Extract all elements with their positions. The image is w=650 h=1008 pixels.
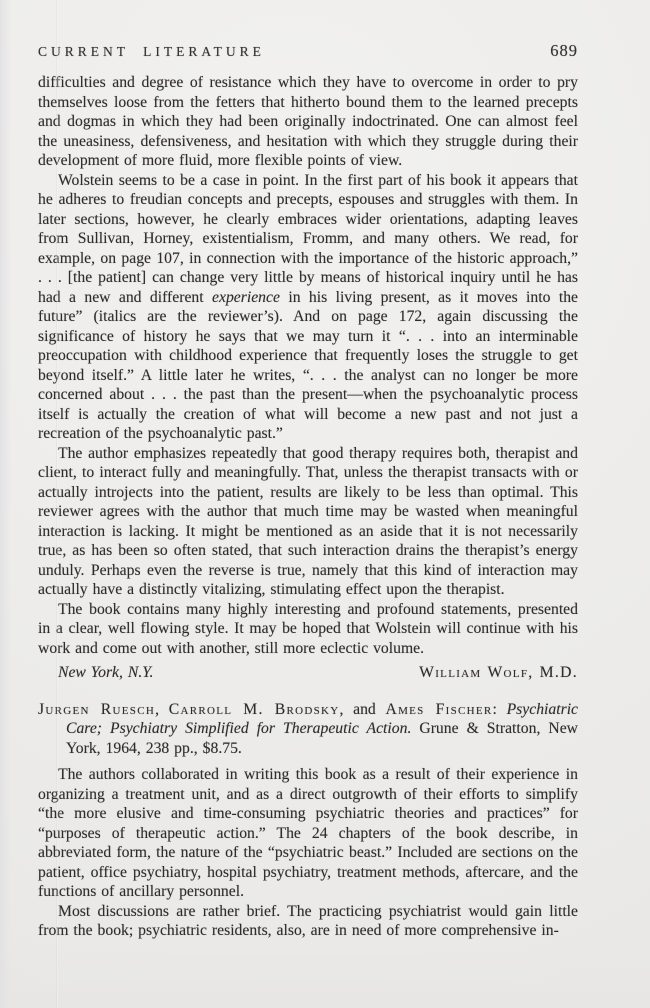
running-head: CURRENT LITERATURE 689 [38, 41, 578, 61]
page-number: 689 [550, 41, 578, 61]
citation-separator: , and [340, 701, 386, 718]
running-title: CURRENT LITERATURE [38, 44, 265, 60]
citation-separator: , [155, 701, 169, 718]
paragraph-continuation: difficulties and degree of resistance wh… [38, 73, 578, 171]
paragraph-author-emphasis: The author emphasizes repeatedly that go… [38, 444, 578, 600]
italic-word-experience: experience [212, 289, 280, 306]
review-signature: New York, N.Y. William Wolf, M.D. [38, 663, 578, 683]
paragraph-authors-collaborated: The authors collaborated in writing this… [38, 765, 578, 902]
paragraph-wolstein-case: Wolstein seems to be a case in point. In… [38, 171, 578, 444]
journal-page: CURRENT LITERATURE 689 difficulties and … [0, 0, 650, 1008]
page-body: difficulties and degree of resistance wh… [38, 73, 578, 941]
paragraph-book-statements: The book contains many highly interestin… [38, 600, 578, 659]
paragraph-most-discussions: Most discussions are rather brief. The p… [38, 902, 578, 941]
citation-author: Carroll M. Brodsky [169, 701, 340, 718]
paragraph-text: in his living present, as it moves into … [38, 289, 578, 443]
paragraph-text: Wolstein seems to be a case in point. In… [38, 172, 578, 306]
citation-colon: : [493, 701, 507, 718]
reviewer-location: New York, N.Y. [58, 663, 153, 683]
citation-author: Ames Fischer [385, 701, 492, 718]
book-citation: Jurgen Ruesch, Carroll M. Brodsky, and A… [38, 700, 578, 759]
reviewer-name: William Wolf, M.D. [419, 663, 578, 683]
citation-author: Jurgen Ruesch [38, 701, 155, 718]
